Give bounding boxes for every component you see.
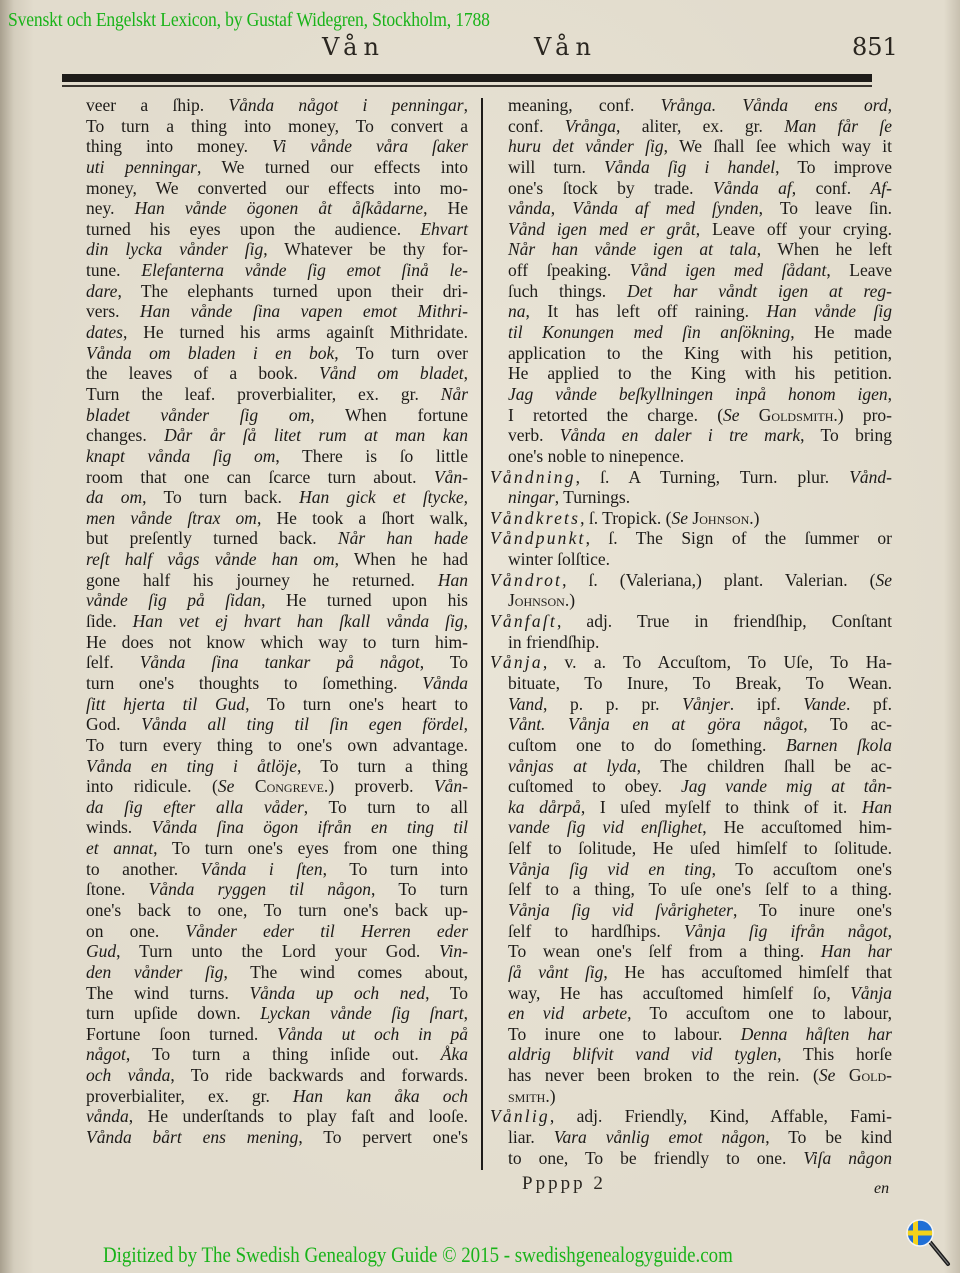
dictionary-line: Vånja ſig vid en ting, To accuſtom one's [490, 859, 892, 880]
english-text: , Leave off your crying. [696, 219, 892, 239]
english-text: one's back to one, To turn one's back up… [86, 900, 468, 920]
swedish-phrase: Vånda en daler i tre mark [560, 425, 800, 445]
english-text: , When fortune [310, 405, 468, 425]
english-text: , Whatever be thy for- [263, 239, 468, 259]
english-text: room that one can ſcarce turn about. [86, 467, 434, 487]
headword: Våndpunkt [490, 528, 586, 548]
catchword: en [874, 1180, 889, 1198]
dictionary-line: bituate, To Inure, To Break, To Wean. [490, 673, 892, 694]
swedish-phrase: Vand [508, 694, 543, 714]
english-text: turn one's thoughts to ſomething. [86, 673, 422, 693]
english-text: , To accuſtom one's [712, 859, 892, 879]
watermark-title: Svenskt och Engelskt Lexicon, by Gustaf … [8, 9, 490, 32]
signature-mark: Ppppp 2 [522, 1173, 606, 1195]
dictionary-line: dare, The elephants turned upon their dr… [86, 281, 468, 302]
column-divider [481, 98, 483, 1170]
dictionary-line: dates, He turned his arms againſt Mithri… [86, 322, 468, 343]
dictionary-line: Våndkrets, ſ. Tropick. (Se Johnson.) [490, 508, 892, 529]
dictionary-line: cuſtom one to do ſomething. Barnen ſkola [490, 735, 892, 756]
swedish-phrase: Vånd om bladet [319, 363, 464, 383]
english-text: , Turnings. [555, 487, 630, 507]
english-text: , To inure one's [733, 900, 892, 920]
swedish-phrase: men vånde ſtrax om [86, 508, 257, 528]
swedish-phrase: Vånda ryggen til någon [149, 879, 371, 899]
english-text: to another. [86, 859, 201, 879]
swedish-phrase: uti penningar [86, 157, 197, 177]
english-text: , He turned upon his [261, 590, 468, 610]
english-text: ) pro- [838, 405, 892, 425]
english-text: way, He has accuſtomed himſelf ſo, [508, 983, 850, 1003]
english-text: , He turned his arms againſt Mithridate. [123, 322, 468, 342]
dictionary-line: veer a ſhip. Vånda något i penningar, [86, 95, 468, 116]
english-text: ) [754, 508, 760, 528]
dictionary-line: ſitt hjerta til Gud, To turn one's heart… [86, 694, 468, 715]
swedish-phrase: Han vånde ſina vapen emot Mithri- [140, 301, 468, 321]
english-text: but preſently turned back. [86, 528, 338, 548]
english-text: money, We converted our effects into mo- [86, 178, 468, 198]
swedish-phrase: Vånjer [682, 694, 730, 714]
dictionary-line: to another. Vånda i ſten, To turn into [86, 859, 468, 880]
english-text: , To improve [775, 157, 892, 177]
dictionary-line: cuſtomed to obey. Jag vande mig at tån- [490, 776, 892, 797]
swedish-phrase: Vånda af [713, 178, 792, 198]
dictionary-line: Turn the leaf. proverbialiter, ex. gr. N… [86, 384, 468, 405]
english-text: cuſtomed to obey. [508, 776, 681, 796]
swedish-phrase: vånjas at lyda [508, 756, 637, 776]
swedish-phrase: Han [438, 570, 468, 590]
english-text: , To [425, 983, 468, 1003]
english-text: Gold- [835, 1065, 892, 1085]
dictionary-line: turned his eyes upon the audience. Ehvar… [86, 219, 468, 240]
swedish-phrase: Vån- [434, 776, 468, 796]
dictionary-line: but preſently turned back. Når han hade [86, 528, 468, 549]
swedish-phrase: Jag vånde beſkyllningen inpå honom igen [508, 384, 888, 404]
english-text: He does not know which way to turn him- [86, 632, 468, 652]
dictionary-line: Vånd igen med er gråt, Leave off your cr… [490, 219, 892, 240]
dictionary-line: Vånja, v. a. To Accuſtom, To Uſe, To Ha- [490, 652, 892, 673]
english-text: He applied to the King with his petition… [508, 363, 892, 383]
dictionary-line: Jag vånde beſkyllningen inpå honom igen, [490, 384, 892, 405]
english-text: , Leave [826, 260, 892, 280]
english-text: ſide. [86, 611, 133, 631]
headword: Våndrot [490, 570, 562, 590]
swedish-phrase: Vånda all ting til ſin egen fördel [141, 714, 463, 734]
swedish-phrase: Vin- [439, 941, 468, 961]
swedish-phrase: Vånda af med ſynden [572, 198, 758, 218]
english-text: , The wind comes about, [223, 962, 468, 982]
dictionary-line: He does not know which way to turn him- [86, 632, 468, 653]
english-text: to one, To be friendly to one. [508, 1148, 803, 1168]
dictionary-line: ſå vånt ſig, He has accuſtomed himſelf t… [490, 962, 892, 983]
swedish-phrase: Vrånga. Vånda ens ord [661, 95, 888, 115]
dictionary-line: one's noble to ninepence. [490, 446, 892, 467]
dictionary-line: gone half his journey he returned. Han [86, 570, 468, 591]
english-text: , He made [790, 322, 892, 342]
dictionary-line: vånda, He underſtands to play faſt and l… [86, 1106, 468, 1127]
swedish-phrase: Når han hade [338, 528, 468, 548]
dictionary-line: et annat, To turn one's eyes from one th… [86, 838, 468, 859]
english-text: , aliter, ex. gr. [616, 116, 784, 136]
swedish-phrase: Vånda ut och in på [277, 1024, 468, 1044]
english-text: in friendſhip. [508, 632, 599, 652]
english-text: ſelf to ſolitude, He uſed himſelf to ſol… [508, 838, 892, 858]
swedish-phrase: Han vånde ſig [767, 301, 892, 321]
english-text: I retorted the charge. ( [508, 405, 723, 425]
right-column: meaning, conf. Vrånga. Vånda ens ord,con… [490, 95, 892, 1168]
dictionary-line: na, It has left off raining. Han vånde ſ… [490, 301, 892, 322]
swedish-phrase: Af- [871, 178, 892, 198]
dictionary-line: conf. Vrånga, aliter, ex. gr. Man får ſe [490, 116, 892, 137]
swedish-phrase: något [86, 1044, 126, 1064]
swedish-phrase: Han vånde ögonen åt åſkådarne [135, 198, 423, 218]
dictionary-line: vånde ſig på ſidan, He turned upon his [86, 590, 468, 611]
dictionary-line: Når han vånde igen at tala, When he left [490, 239, 892, 260]
english-text: , We turned our effects into [197, 157, 468, 177]
headword: Våndning [490, 467, 576, 487]
english-text: proverbialiter, ex. gr. [86, 1086, 293, 1106]
swedish-phrase: Vånt. Vånja en at göra något [508, 714, 803, 734]
english-text: To wean one's ſelf from a thing. [508, 941, 821, 961]
swedish-phrase: Vara vånlig emot någon [554, 1127, 765, 1147]
swedish-phrase: Vrånga [565, 116, 616, 136]
english-text: , He accuſtomed him- [702, 817, 892, 837]
swedish-phrase: den vånder ſig [86, 962, 223, 982]
swedish-phrase: Vånda ſina ögon ifrån en ting til [152, 817, 468, 837]
dictionary-line: the leaves of a book. Vånd om bladet, [86, 363, 468, 384]
english-text: has never been broken to the rein. ( [508, 1065, 819, 1085]
dictionary-line: den vånder ſig, The wind comes about, [86, 962, 468, 983]
swedish-phrase: Han [862, 797, 892, 817]
dictionary-line: din lycka vånder ſig, Whatever be thy fo… [86, 239, 468, 260]
swedish-phrase: Se [218, 776, 235, 796]
headword: Vånfaſt [490, 611, 557, 631]
dictionary-line: aldrig blifvit vand vid tyglen, This hor… [490, 1044, 892, 1065]
dictionary-line: changes. Dår år ſå litet rum at man kan [86, 425, 468, 446]
dictionary-line: in friendſhip. [490, 632, 892, 653]
english-text: , [464, 714, 468, 734]
dictionary-line: To turn a thing into money, To convert a [86, 116, 468, 137]
english-text: off ſpeaking. [508, 260, 630, 280]
headword: Vånlig [490, 1106, 550, 1126]
swedish-phrase: Se [723, 405, 740, 425]
dictionary-line: turn one's thoughts to ſomething. Vånda [86, 673, 468, 694]
swedish-phrase: Vånda bårt ens mening [86, 1127, 298, 1147]
dictionary-line: vånjas at lyda, The children ſhall be ac… [490, 756, 892, 777]
dictionary-line: ſtone. Vånda ryggen til någon, To turn [86, 879, 468, 900]
dictionary-line: smith.) [490, 1086, 892, 1107]
english-text: Fortune ſoon turned. [86, 1024, 277, 1044]
dictionary-line: money, We converted our effects into mo- [86, 178, 468, 199]
dictionary-line: huru det vånder ſig, We ſhall ſee which … [490, 136, 892, 157]
swedish-phrase: Han gick et ſtycke, [299, 487, 468, 507]
swedish-phrase: ſitt hjerta til Gud [86, 694, 245, 714]
english-text: ney. [86, 198, 135, 218]
swedish-phrase: Han vet ej hvart han ſkall vånda ſig [133, 611, 464, 631]
swedish-phrase: Vånja ſig ifrån något [684, 921, 888, 941]
dictionary-line: to one, To be friendly to one. Viſa någo… [490, 1148, 892, 1169]
dictionary-line: Våndpunkt, ſ. The Sign of the ſummer or [490, 528, 892, 549]
english-text: Johnson. [508, 590, 569, 610]
dictionary-line: application to the King with his petitio… [490, 343, 892, 364]
dictionary-line: To turn every thing to one's own advanta… [86, 735, 468, 756]
english-text: . pf. [846, 694, 892, 714]
dictionary-line: winds. Vånda ſina ögon ifrån en ting til [86, 817, 468, 838]
dictionary-line: ney. Han vånde ögonen åt åſkådarne, He [86, 198, 468, 219]
swedish-phrase: da ſig efter alla våder [86, 797, 304, 817]
english-text: , He underſtands to play faſt and looſe. [129, 1106, 468, 1126]
swedish-phrase: Vånda ſig i handel [604, 157, 775, 177]
english-text: To turn a thing into money, To convert a [86, 116, 468, 136]
swedish-phrase: Vån- [434, 467, 468, 487]
english-text: , [888, 95, 892, 115]
english-text: ) proverb. [328, 776, 434, 796]
dictionary-line: och vånda, To ride backwards and forward… [86, 1065, 468, 1086]
swedish-phrase: aldrig blifvit vand vid tyglen [508, 1044, 777, 1064]
english-text: , [464, 363, 468, 383]
english-text: gone half his journey he returned. [86, 570, 438, 590]
english-text: , To turn one's heart to [245, 694, 468, 714]
english-text: , When he left [757, 239, 892, 259]
dictionary-line: ka dårpå, I uſed myſelf to think of it. … [490, 797, 892, 818]
swedish-phrase: dates [86, 322, 123, 342]
swedish-phrase: et annat [86, 838, 153, 858]
english-text: turned his eyes upon the audience. [86, 219, 420, 239]
swedish-phrase: Vånd igen med ſådant [630, 260, 827, 280]
dictionary-line: vånda, Vånda af med ſynden, To leave ſin… [490, 198, 892, 219]
swedish-phrase: Man får ſe [784, 116, 892, 136]
english-text: , To pervert one's [298, 1127, 468, 1147]
english-text: To inure one to labour. [508, 1024, 741, 1044]
dictionary-line: da om, To turn back. Han gick et ſtycke, [86, 487, 468, 508]
swedish-phrase: din lycka vånder ſig [86, 239, 263, 259]
dictionary-line: one's back to one, To turn one's back up… [86, 900, 468, 921]
dictionary-line: Fortune ſoon turned. Vånda ut och in på [86, 1024, 468, 1045]
swedish-phrase: Se [819, 1065, 836, 1085]
swedish-phrase: knapt vånda ſig om [86, 446, 275, 466]
swedish-phrase: en vid arbete [508, 1003, 627, 1023]
english-text: , To be kind [765, 1127, 892, 1147]
english-text: ſelf. [86, 652, 140, 672]
header-rule-thick [62, 74, 872, 82]
english-text: turn upſide down. [86, 1003, 260, 1023]
dictionary-line: The wind turns. Vånda up och ned, To [86, 983, 468, 1004]
swedish-phrase: Denna håſten har [741, 1024, 892, 1044]
dictionary-line: I retorted the charge. (Se Goldsmith.) p… [490, 405, 892, 426]
dictionary-line: Vånja ſig vid ſvårigheter, To inure one'… [490, 900, 892, 921]
english-text: will turn. [508, 157, 604, 177]
dictionary-line: ſide. Han vet ej hvart han ſkall vånda ſ… [86, 611, 468, 632]
swedish-phrase: vånda [86, 1106, 129, 1126]
english-text: , To turn to all [304, 797, 468, 817]
english-text: the leaves of a book. [86, 363, 319, 383]
english-text: , He has accuſtomed himſelf that [603, 962, 892, 982]
english-text: Congreve. [234, 776, 328, 796]
english-text: , To ride backwards and forwards. [170, 1065, 468, 1085]
english-text: , v. a. To Accuſtom, To Uſe, To Ha- [543, 652, 892, 672]
swedish-phrase: huru det vånder ſig [508, 136, 664, 156]
swedish-phrase: Se [672, 508, 689, 528]
english-text: , To turn into [323, 859, 468, 879]
english-text: , He [423, 198, 468, 218]
english-text: verb. [508, 425, 560, 445]
swedish-phrase: ka dårpå [508, 797, 581, 817]
swedish-phrase: vånde ſig på ſidan [86, 590, 261, 610]
english-text: , [551, 198, 572, 218]
english-text: , [888, 921, 892, 941]
english-text: tune. [86, 260, 141, 280]
dictionary-line: into ridicule. (Se Congreve.) proverb. V… [86, 776, 468, 797]
guide-word-right: Vån [534, 33, 597, 61]
dictionary-line: winter ſolſtice. [490, 549, 892, 570]
swedish-phrase: dare [86, 281, 117, 301]
dictionary-line: något, To turn a thing inſide out. Åka [86, 1044, 468, 1065]
english-text: , [464, 611, 468, 631]
english-text: ſelf to hardſhips. [508, 921, 684, 941]
swedish-phrase: Gud [86, 941, 116, 961]
english-text: ſelf to a thing, To uſe one's ſelf to a … [508, 879, 892, 899]
left-column: veer a ſhip. Vånda något i penningar,To … [86, 95, 468, 1148]
english-text: , To leave ſin. [759, 198, 892, 218]
dictionary-line: Vånda om bladen i en bok, To turn over [86, 343, 468, 364]
swedish-phrase: Vande [803, 694, 846, 714]
swedish-phrase: och vånda [86, 1065, 170, 1085]
swedish-phrase: Se [875, 570, 892, 590]
english-text: , When he had [335, 549, 468, 569]
english-text: , To turn [371, 879, 468, 899]
dictionary-line: vers. Han vånde ſina vapen emot Mithri- [86, 301, 468, 322]
english-text: changes. [86, 425, 164, 445]
english-text: ſtone. [86, 879, 149, 899]
dictionary-line: bladet vånder ſig om, When fortune [86, 405, 468, 426]
english-text: God. [86, 714, 141, 734]
dictionary-line: Våndning, ſ. A Turning, Turn. plur. Vånd… [490, 467, 892, 488]
dictionary-line: Vånt. Vånja en at göra något, To ac- [490, 714, 892, 735]
english-text: veer a ſhip. [86, 95, 228, 115]
dictionary-line: will turn. Vånda ſig i handel, To improv… [490, 157, 892, 178]
english-text: , ſ. (Valeriana,) plant. Valerian. ( [562, 570, 875, 590]
watermark-credit: Digitized by The Swedish Genealogy Guide… [103, 1242, 733, 1268]
dictionary-line: way, He has accuſtomed himſelf ſo, Vånja [490, 983, 892, 1004]
dictionary-line: thing into money. Vi vånde våra ſaker [86, 136, 468, 157]
english-text: one's ſtock by trade. [508, 178, 713, 198]
english-text: , [464, 95, 468, 115]
dictionary-line: He applied to the King with his petition… [490, 363, 892, 384]
dictionary-line: knapt vånda ſig om, There is ſo little [86, 446, 468, 467]
swedish-phrase: bladet vånder ſig om [86, 405, 310, 425]
swedish-phrase: reſt half vågs vånde han om [86, 549, 335, 569]
dictionary-line: Vånda en ting i åtlöje, To turn a thing [86, 756, 468, 777]
swedish-phrase: Dår år ſå litet rum at man kan [164, 425, 468, 445]
swedish-phrase: Jag vande mig at tån- [681, 776, 892, 796]
english-text: The wind turns. [86, 983, 249, 1003]
english-text: , ſ. A Turning, Turn. plur. [576, 467, 850, 487]
english-text: . ipf. [730, 694, 803, 714]
dictionary-line: Vånlig, adj. Friendly, Kind, Affable, Fa… [490, 1106, 892, 1127]
dictionary-line: Johnson.) [490, 590, 892, 611]
swedish-phrase: Han kan åka och [293, 1086, 468, 1106]
english-text: bituate, To Inure, To Break, To Wean. [508, 673, 892, 693]
dictionary-line: verb. Vånda en daler i tre mark, To brin… [490, 425, 892, 446]
dictionary-line: turn upſide down. Lyckan vånde ſig ſnart… [86, 1003, 468, 1024]
dictionary-line: Våndrot, ſ. (Valeriana,) plant. Valerian… [490, 570, 892, 591]
swedish-phrase: Viſa någon [803, 1148, 892, 1168]
swedish-phrase: na [508, 301, 526, 321]
english-text: , This horſe [777, 1044, 892, 1064]
english-text: vers. [86, 301, 140, 321]
headword: Våndkrets [490, 508, 580, 528]
swedish-phrase: Elefanterna vånde ſig emot ſinå le- [141, 260, 468, 280]
english-text: ) [569, 590, 575, 610]
swedish-phrase: Barnen ſkola [786, 735, 892, 755]
swedish-phrase: Lyckan vånde ſig ſnart [260, 1003, 463, 1023]
english-text: Johnson. [688, 508, 754, 528]
english-text: , To turn back. [142, 487, 299, 507]
swedish-phrase: Vånda up och ned [249, 983, 425, 1003]
swedish-phrase: ningar [508, 487, 555, 507]
swedish-phrase: Vånd igen med er gråt [508, 219, 696, 239]
english-text: on one. [86, 921, 185, 941]
english-text: winds. [86, 817, 152, 837]
dictionary-line: ſelf to a thing, To uſe one's ſelf to a … [490, 879, 892, 900]
dictionary-line: room that one can ſcarce turn about. Vån… [86, 467, 468, 488]
dictionary-line: ſuch things. Det har våndt igen at reg- [490, 281, 892, 302]
dictionary-line: has never been broken to the rein. (Se G… [490, 1065, 892, 1086]
dictionary-line: ningar, Turnings. [490, 487, 892, 508]
english-text: into ridicule. ( [86, 776, 218, 796]
swedish-phrase: Det har våndt igen at reg- [627, 281, 892, 301]
dictionary-line: Vand, p. p. pr. Vånjer. ipf. Vande. pf. [490, 694, 892, 715]
swedish-phrase: Vånder eder til Herren eder [185, 921, 468, 941]
english-text: one's noble to ninepence. [508, 446, 684, 466]
english-text: smith. [508, 1086, 550, 1106]
swedish-phrase: Vånda ſina tankar på något [140, 652, 420, 672]
dictionary-line: meaning, conf. Vrånga. Vånda ens ord, [490, 95, 892, 116]
english-text: , The elephants turned upon their dri- [117, 281, 468, 301]
english-text: application to the King with his petitio… [508, 343, 892, 363]
english-text: , ſ. Tropick. ( [580, 508, 671, 528]
swedish-phrase: da om [86, 487, 142, 507]
guide-word-left: Vån [322, 33, 385, 61]
english-text: , The children ſhall be ac- [637, 756, 892, 776]
dictionary-line: men vånde ſtrax om, He took a ſhort walk… [86, 508, 468, 529]
english-text: , [464, 1003, 468, 1023]
dictionary-line: one's ſtock by trade. Vånda af, conf. Af… [490, 178, 892, 199]
english-text: , There is ſo little [275, 446, 468, 466]
dictionary-line: on one. Vånder eder til Herren eder [86, 921, 468, 942]
swedish-phrase: Når han vånde igen at tala [508, 239, 757, 259]
english-text: , ſ. The Sign of the ſummer or [586, 528, 892, 548]
dictionary-line: Vånda bårt ens mening, To pervert one's [86, 1127, 468, 1148]
english-text: , To [420, 652, 468, 672]
header-rule-thin [62, 85, 872, 87]
headword: Vånja [490, 652, 543, 672]
swedish-phrase: Vånda i ſten [201, 859, 323, 879]
english-text: , conf. [792, 178, 871, 198]
english-text: cuſtom one to do ſomething. [508, 735, 786, 755]
swedish-phrase: Ehvart [420, 219, 468, 239]
swedish-phrase: Vånja ſig vid ſvårigheter [508, 900, 733, 920]
dictionary-line: proverbialiter, ex. gr. Han kan åka och [86, 1086, 468, 1107]
dictionary-line: off ſpeaking. Vånd igen med ſådant, Leav… [490, 260, 892, 281]
english-text: , He took a ſhort walk, [257, 508, 468, 528]
swedish-flag-magnifier-icon[interactable] [904, 1214, 954, 1268]
dictionary-line: To wean one's ſelf from a thing. Han har [490, 941, 892, 962]
english-text: ſuch things. [508, 281, 627, 301]
dictionary-line: tune. Elefanterna vånde ſig emot ſinå le… [86, 260, 468, 281]
english-text: , It has left off raining. [526, 301, 767, 321]
english-text: conf. [508, 116, 565, 136]
english-text: liar. [508, 1127, 554, 1147]
